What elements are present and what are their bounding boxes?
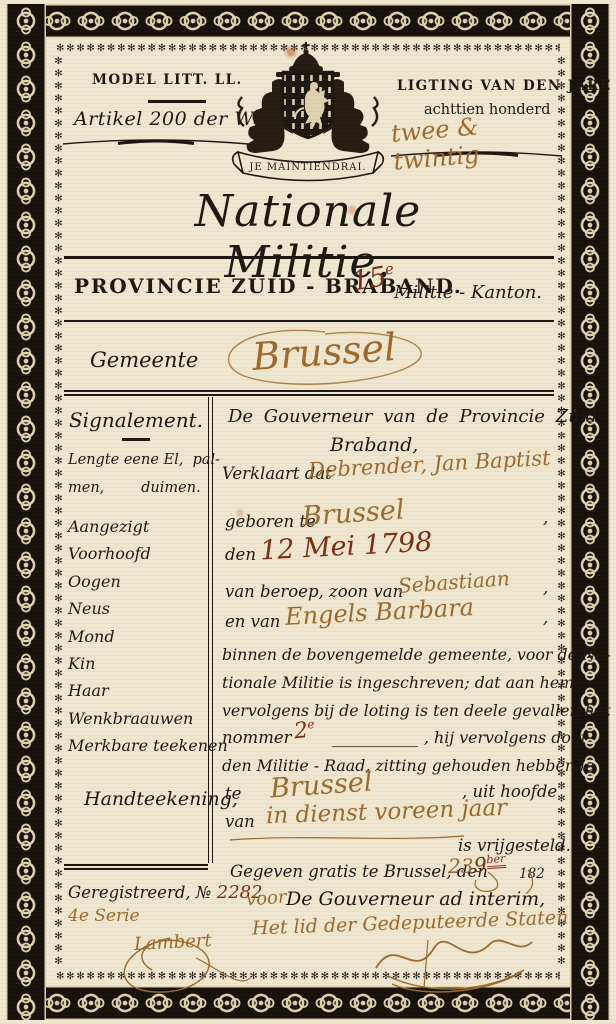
signalement-underline — [122, 438, 150, 441]
signalement-item: Mond — [68, 623, 228, 650]
document-content: MODEL LITT. LL. Artikel 200 der Wet. — [0, 0, 616, 1024]
registration-rule-1 — [64, 864, 208, 866]
comma: , — [543, 578, 548, 597]
model-underline — [148, 100, 206, 103]
van-label: van — [225, 812, 255, 831]
motto-text: JE MAINTIENDRAI. — [248, 162, 366, 173]
shield — [283, 72, 333, 138]
para-line: tionale Militie is ingeschreven; dat aan… — [222, 673, 574, 692]
signalement-title: Signalement. — [66, 408, 206, 432]
maand-sup: ber — [486, 852, 506, 869]
gegeven-dag-handwriting: 23 — [448, 854, 473, 878]
signalement-item: Kin — [68, 650, 228, 677]
comma: , — [543, 508, 548, 527]
para-line: vervolgens bij de loting is ten deele ge… — [222, 701, 611, 720]
nommer-fill-line — [332, 746, 418, 747]
column-divider — [208, 397, 213, 863]
signalement-item: Oogen — [68, 568, 228, 595]
body-line1: De Gouverneur van de Provincie Zuid- — [228, 406, 603, 427]
signalement-item: Merkbare teekenen — [68, 732, 228, 759]
signalement-item: Voorhoofd — [68, 540, 228, 567]
ligting-year-handwriting: twee & twintig — [390, 104, 574, 175]
te-label: te — [225, 784, 241, 803]
registration-line: Geregistreerd, № 2282 — [68, 882, 263, 903]
ligting-label: LIGTING VAN DEN JARE — [397, 78, 612, 94]
signalement-item: Neus — [68, 595, 228, 622]
signalement-item: Aangezigt — [68, 513, 228, 540]
gemeente-label: Gemeente — [90, 348, 198, 372]
title-rule — [64, 256, 554, 259]
document-page: ✻✻✻✻✻✻✻✻✻✻✻✻✻✻✻✻✻✻✻✻✻✻✻✻✻✻✻✻✻✻✻✻✻✻✻✻✻✻✻✻… — [0, 0, 616, 1024]
nommer-sup: e — [307, 717, 316, 732]
nommer-handwriting: 2e — [293, 717, 317, 744]
swash-rule-left — [60, 134, 252, 150]
voor-handwriting: voor — [245, 887, 287, 911]
kanton-label: Militie - Kanton. — [394, 282, 542, 303]
geboorteplaats-handwriting: Brussel — [301, 494, 405, 532]
gegeven-maand-handwriting: 9ber — [473, 851, 506, 877]
gemeente-rule-2 — [64, 394, 554, 396]
geboortedatum-handwriting: 12 Mei 1798 — [259, 527, 433, 567]
lengte-line2: men, duimen. — [68, 480, 201, 496]
motto-ribbon: JE MAINTIENDRAI. — [233, 152, 384, 181]
gemeente-rule-1 — [64, 390, 554, 392]
reden-flourish-line — [228, 832, 468, 844]
den-label: den — [225, 545, 256, 564]
signalement-items: Aangezigt Voorhoofd Oogen Neus Mond Kin … — [68, 513, 228, 760]
nommer-label: nommer — [222, 728, 292, 747]
crown-icon — [289, 42, 323, 72]
model-litt-label: MODEL LITT. LL. — [92, 72, 243, 88]
province-rule — [64, 320, 554, 322]
registration-rule-2 — [64, 868, 208, 870]
signalement-item: Wenkbraauwen — [68, 705, 228, 732]
coat-of-arms: JE MAINTIENDRAI. — [226, 36, 390, 186]
para-line: binnen de bovengemelde gemeente, voor de… — [222, 645, 611, 664]
nommer-rest: , hij vervolgens door — [424, 728, 588, 747]
en-van-label: en van — [225, 612, 280, 631]
signalement-item: Haar — [68, 677, 228, 704]
raad-plaats-handwriting: Brussel — [269, 766, 373, 804]
handteekening-label: Handteekening, — [84, 788, 238, 810]
gouverneur-label: De Gouverneur ad interim, — [286, 888, 545, 910]
registration-paraaf-name: Lambert — [134, 930, 213, 955]
comma: , — [543, 608, 548, 627]
gouverneur-signature — [368, 930, 538, 992]
registration-label: Geregistreerd, № — [68, 883, 212, 902]
document-title: Nationale Militie. — [118, 186, 498, 288]
lengte-line1: Lengte eene El, pal- — [68, 452, 220, 468]
registration-serie-handwriting: 4e Serie — [68, 906, 140, 926]
